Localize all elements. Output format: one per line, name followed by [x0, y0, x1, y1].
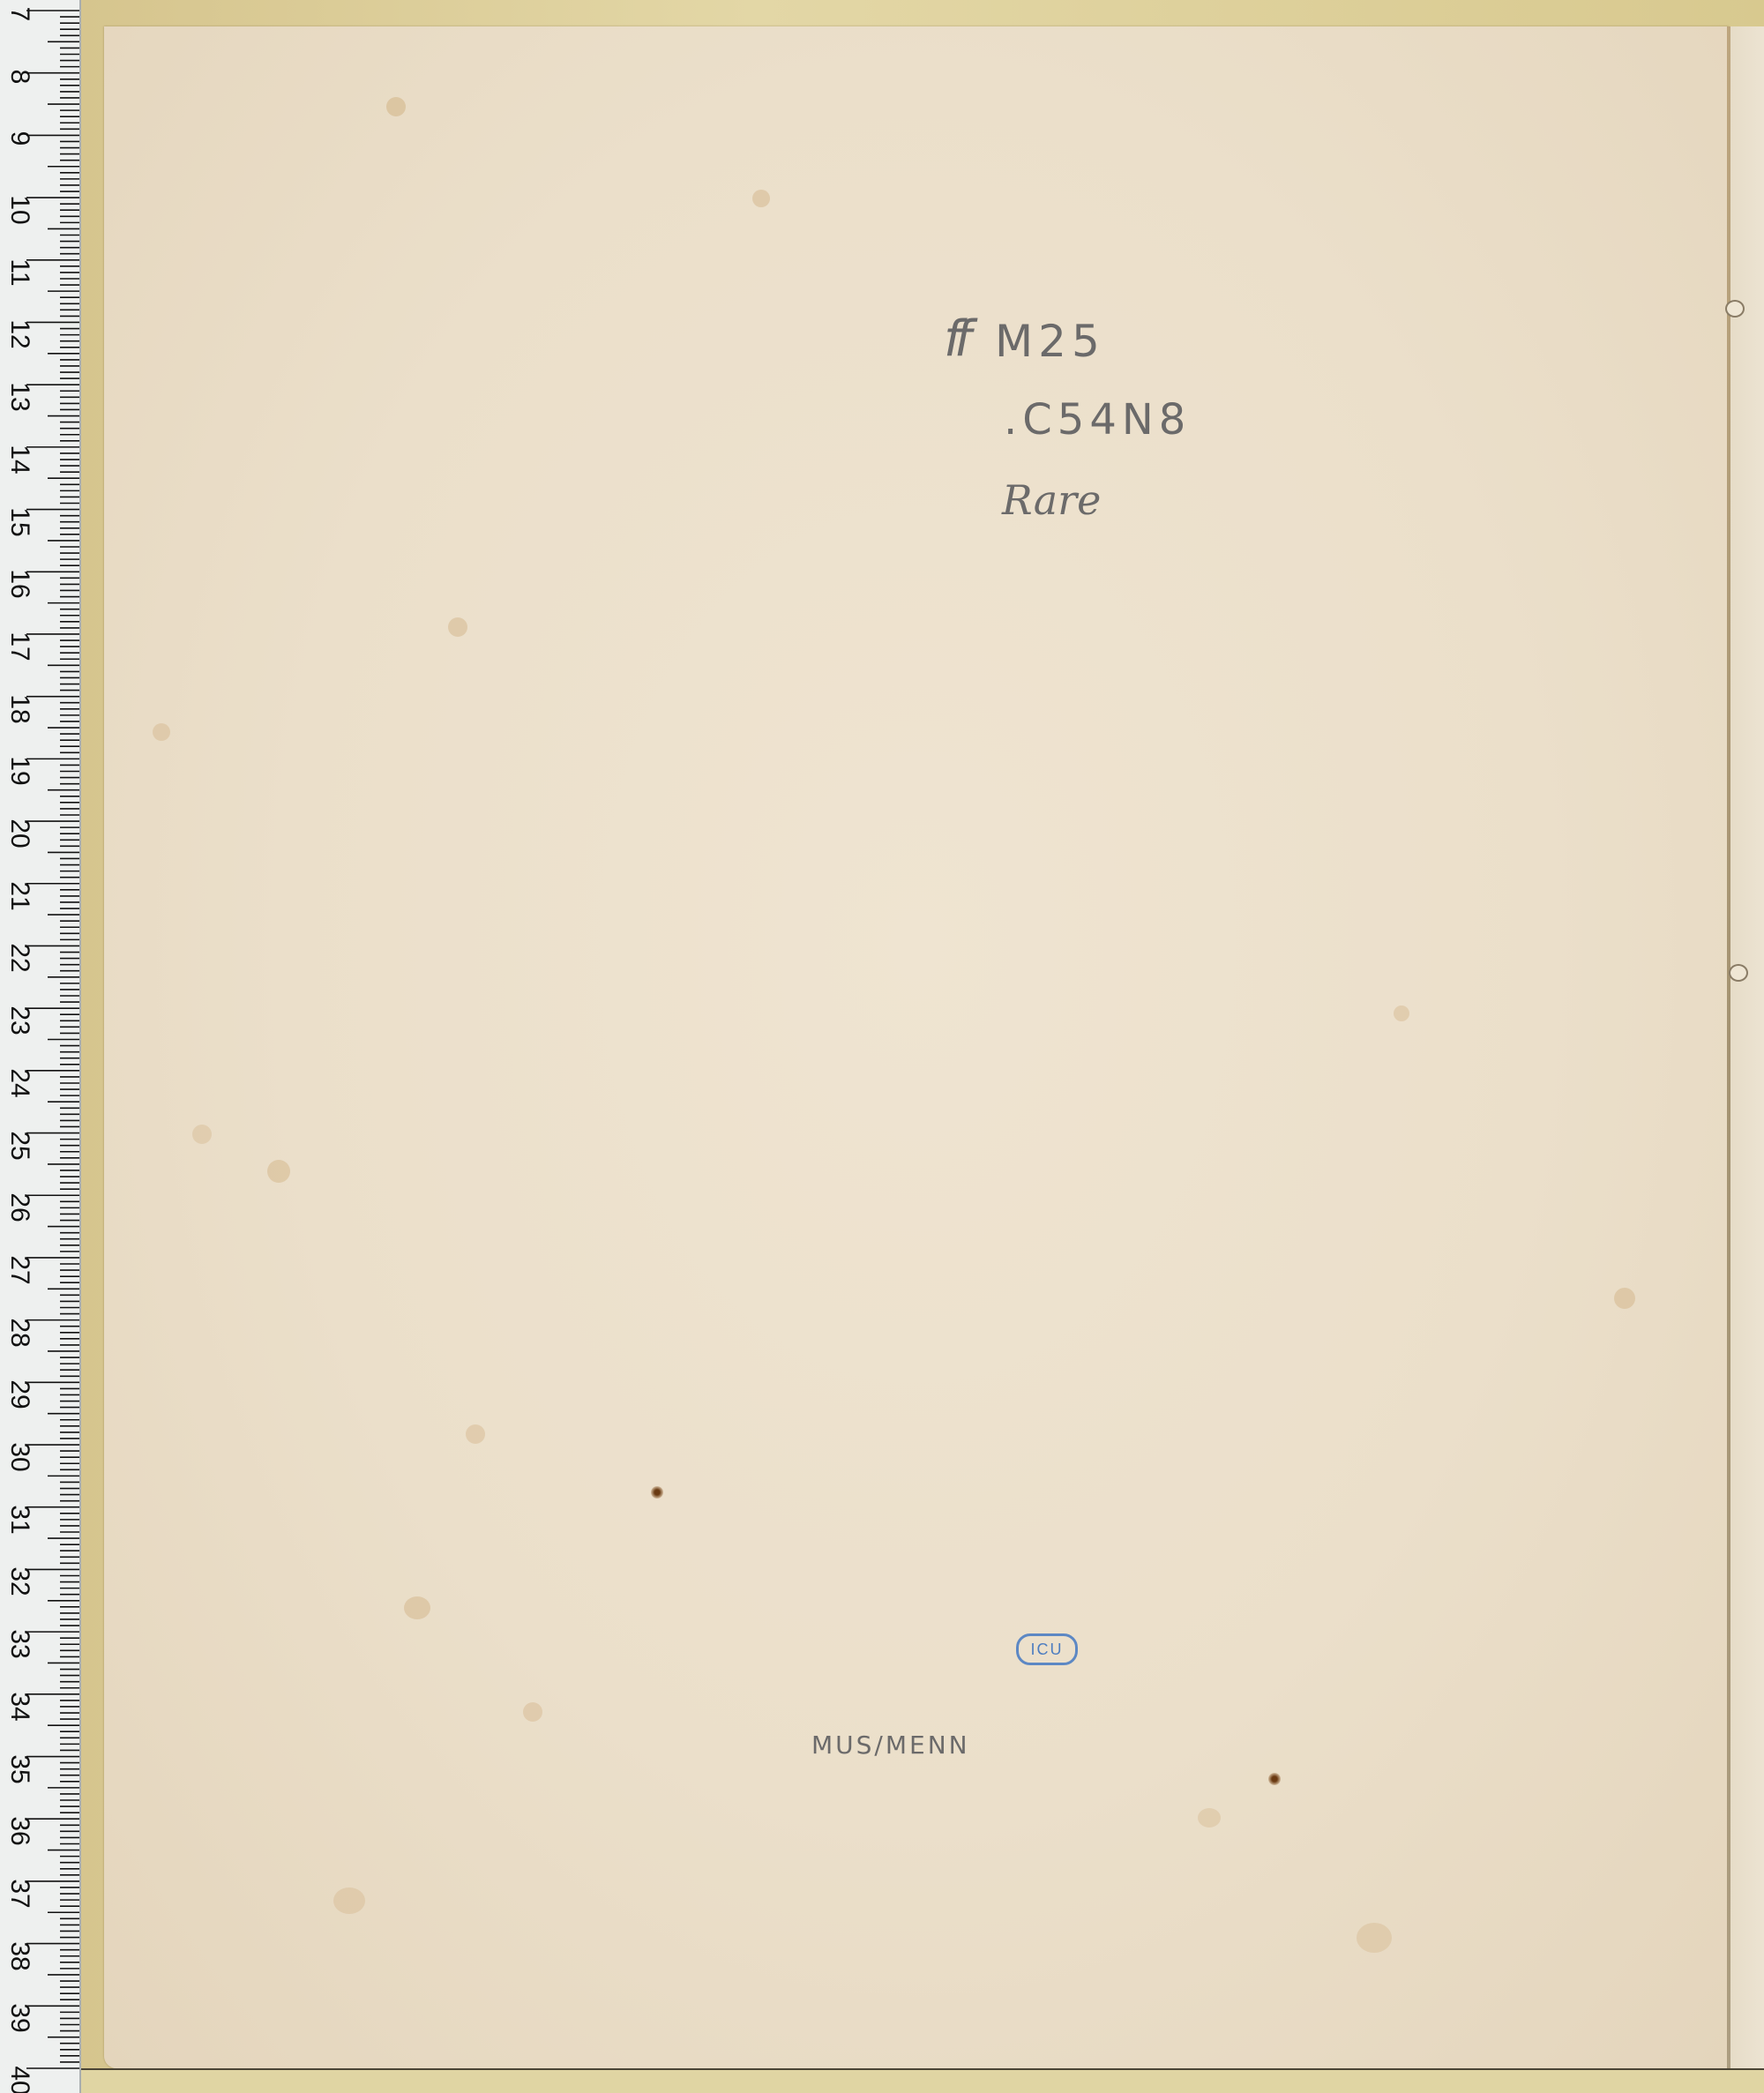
ruler-label: 9: [6, 121, 33, 156]
ruler-label: 23: [6, 1003, 33, 1038]
ruler-label: 38: [6, 1939, 33, 1974]
ruler-label: 31: [6, 1502, 33, 1537]
ruler-label: 27: [6, 1252, 33, 1288]
ruler-label: 22: [6, 940, 33, 975]
scan-stage: 7891011121314151617181920212223242526272…: [0, 0, 1764, 2093]
foxing-spot: [386, 97, 406, 116]
foxing-spot: [267, 1160, 290, 1183]
ruler-label: 14: [6, 442, 33, 477]
ruler-label: 20: [6, 816, 33, 851]
ruler-label: 24: [6, 1065, 33, 1101]
foxing-spot: [333, 1887, 365, 1914]
foxing-spot: [1268, 1773, 1281, 1785]
call-number-line-2: .C54N8: [1004, 395, 1191, 445]
foxing-spot: [523, 1702, 542, 1722]
foxing-spot: [1198, 1808, 1221, 1828]
ruler-label: 28: [6, 1315, 33, 1350]
ruler-label: 37: [6, 1876, 33, 1911]
collection-note: MUS/MENN: [811, 1730, 970, 1760]
call-number-line-3: Rare: [1002, 476, 1101, 524]
ruler-label: 16: [6, 566, 33, 602]
foxing-spot: [1394, 1005, 1409, 1021]
ruler-label: 12: [6, 317, 33, 352]
foxing-spot: [1614, 1288, 1635, 1309]
adjacent-page-edge: [1729, 26, 1764, 2068]
ruler-label: 21: [6, 878, 33, 914]
binding-thread-knot: [1729, 964, 1748, 982]
binding-thread-knot: [1725, 300, 1745, 318]
binding-spine: [1727, 26, 1730, 2068]
ruler-label: 39: [6, 2000, 33, 2036]
foxing-spot: [404, 1596, 430, 1619]
call-number-line-1: M25: [995, 316, 1105, 367]
foxing-spot: [1357, 1923, 1392, 1953]
ruler-label: 30: [6, 1439, 33, 1475]
document-page: ff M25 .C54N8 Rare ICU MUS/MENN: [104, 26, 1729, 2068]
ruler-label: 32: [6, 1564, 33, 1599]
ruler-label: 40: [6, 2063, 33, 2093]
ruler-label: 13: [6, 379, 33, 415]
foxing-spot: [651, 1486, 663, 1499]
foxing-spot: [192, 1125, 212, 1144]
ruler-label: 35: [6, 1752, 33, 1787]
ruler-label: 36: [6, 1813, 33, 1849]
call-number-prefix: ff: [944, 310, 964, 368]
ruler-label: 10: [6, 192, 33, 228]
ruler-label: 8: [6, 59, 33, 94]
foxing-spot: [466, 1424, 485, 1444]
ruler-label: 11: [6, 255, 33, 290]
ruler-label: 26: [6, 1190, 33, 1225]
ruler-label: 19: [6, 753, 33, 789]
foxing-spot: [153, 723, 170, 741]
library-stamp: ICU: [1016, 1633, 1078, 1665]
ruler-label: 34: [6, 1689, 33, 1724]
ruler-label: 7: [6, 0, 33, 32]
foxing-spot: [752, 190, 770, 207]
ruler-label: 33: [6, 1626, 33, 1662]
ruler-label: 29: [6, 1377, 33, 1412]
scanner-mat-bottom: [81, 2068, 1764, 2093]
ruler-label: 15: [6, 505, 33, 540]
ruler-label: 25: [6, 1128, 33, 1163]
foxing-spot: [448, 617, 467, 637]
ruler-label: 17: [6, 629, 33, 664]
measuring-ruler: 7891011121314151617181920212223242526272…: [0, 0, 81, 2093]
ruler-label: 18: [6, 691, 33, 727]
